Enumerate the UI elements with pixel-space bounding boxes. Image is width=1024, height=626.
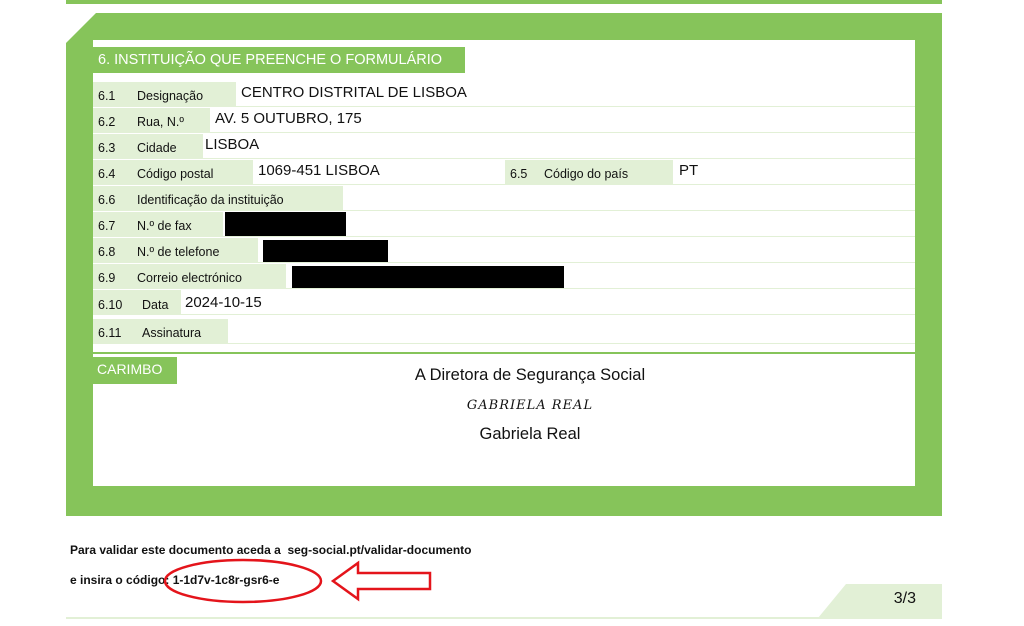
- redaction-box: [263, 240, 388, 262]
- field-row-email: 6.9 Correio electrónico: [93, 264, 915, 289]
- field-number: 6.11: [98, 326, 121, 340]
- field-label: Cidade: [137, 141, 177, 155]
- field-label: N.º de fax: [137, 219, 192, 233]
- field-row-cidade: 6.3 Cidade LISBOA: [93, 134, 915, 159]
- signatory-name: Gabriela Real: [300, 425, 760, 444]
- field-label: Data: [142, 298, 168, 312]
- field-value: 1069-451 LISBOA: [258, 162, 380, 179]
- field-label-block: 6.10 Data: [93, 290, 181, 315]
- field-number: 6.6: [98, 193, 115, 207]
- stamp-label: CARIMBO: [93, 357, 177, 384]
- field-number: 6.10: [98, 298, 122, 312]
- field-row-rua: 6.2 Rua, N.º AV. 5 OUTUBRO, 175: [93, 108, 915, 133]
- field-row-telefone: 6.8 N.º de telefone: [93, 238, 915, 263]
- field-value: PT: [679, 162, 698, 179]
- field-row-codigo-postal: 6.4 Código postal 1069-451 LISBOA 6.5 Có…: [93, 160, 915, 185]
- field-label-block-pais: 6.5 Código do país: [505, 160, 673, 184]
- field-label-block: 6.6 Identificação da instituição: [93, 186, 343, 210]
- field-number: 6.4: [98, 167, 115, 181]
- code-prefix: e insira o código:: [70, 573, 169, 587]
- field-number: 6.3: [98, 141, 115, 155]
- field-label: Identificação da instituição: [137, 193, 284, 207]
- field-row-identificacao: 6.6 Identificação da instituição: [93, 186, 915, 211]
- field-row-data: 6.10 Data 2024-10-15: [93, 290, 915, 315]
- top-green-bar: [66, 0, 942, 4]
- field-row-designacao: 6.1 Designação CENTRO DISTRITAL DE LISBO…: [93, 82, 915, 107]
- field-label-block: 6.7 N.º de fax: [93, 212, 223, 236]
- annotation-arrow-icon: [333, 563, 430, 599]
- redaction-box: [225, 212, 346, 236]
- red-annotation: [160, 555, 440, 605]
- field-label: Código do país: [544, 167, 628, 181]
- field-number: 6.7: [98, 219, 115, 233]
- field-label: Assinatura: [142, 326, 201, 340]
- annotation-ellipse-icon: [165, 560, 321, 602]
- field-value: LISBOA: [205, 136, 259, 153]
- page-number: 3/3: [894, 590, 916, 608]
- page-number-box: 3/3: [818, 584, 942, 618]
- field-label: Designação: [137, 89, 203, 103]
- field-number: 6.1: [98, 89, 115, 103]
- field-value: AV. 5 OUTUBRO, 175: [215, 110, 362, 127]
- field-number: 6.8: [98, 245, 115, 259]
- stamp-divider: [93, 352, 915, 354]
- field-row-assinatura: 6.11 Assinatura: [93, 319, 915, 344]
- field-label-block: 6.1 Designação: [93, 82, 236, 106]
- redaction-box: [292, 266, 564, 288]
- field-number: 6.2: [98, 115, 115, 129]
- field-label: Correio electrónico: [137, 271, 242, 285]
- field-label-block: 6.11 Assinatura: [93, 319, 228, 343]
- field-label-block: 6.8 N.º de telefone: [93, 238, 258, 262]
- field-row-fax: 6.7 N.º de fax: [93, 212, 915, 237]
- section-title: 6. INSTITUIÇÃO QUE PREENCHE O FORMULÁRIO: [93, 47, 465, 73]
- field-number: 6.5: [510, 167, 527, 181]
- handwritten-signature: GABRIELA REAL: [300, 398, 760, 413]
- footer-divider: [66, 617, 942, 619]
- field-label-block: 6.2 Rua, N.º: [93, 108, 210, 132]
- field-label: N.º de telefone: [137, 245, 219, 259]
- field-label-block: 6.9 Correio electrónico: [93, 264, 286, 288]
- field-value: CENTRO DISTRITAL DE LISBOA: [241, 84, 467, 101]
- signatory-role: A Diretora de Segurança Social: [300, 366, 760, 385]
- field-label-block: 6.4 Código postal: [93, 160, 253, 184]
- field-label: Rua, N.º: [137, 115, 184, 129]
- field-label-block: 6.3 Cidade: [93, 134, 203, 158]
- field-value: 2024-10-15: [185, 294, 262, 311]
- field-label: Código postal: [137, 167, 213, 181]
- field-number: 6.9: [98, 271, 115, 285]
